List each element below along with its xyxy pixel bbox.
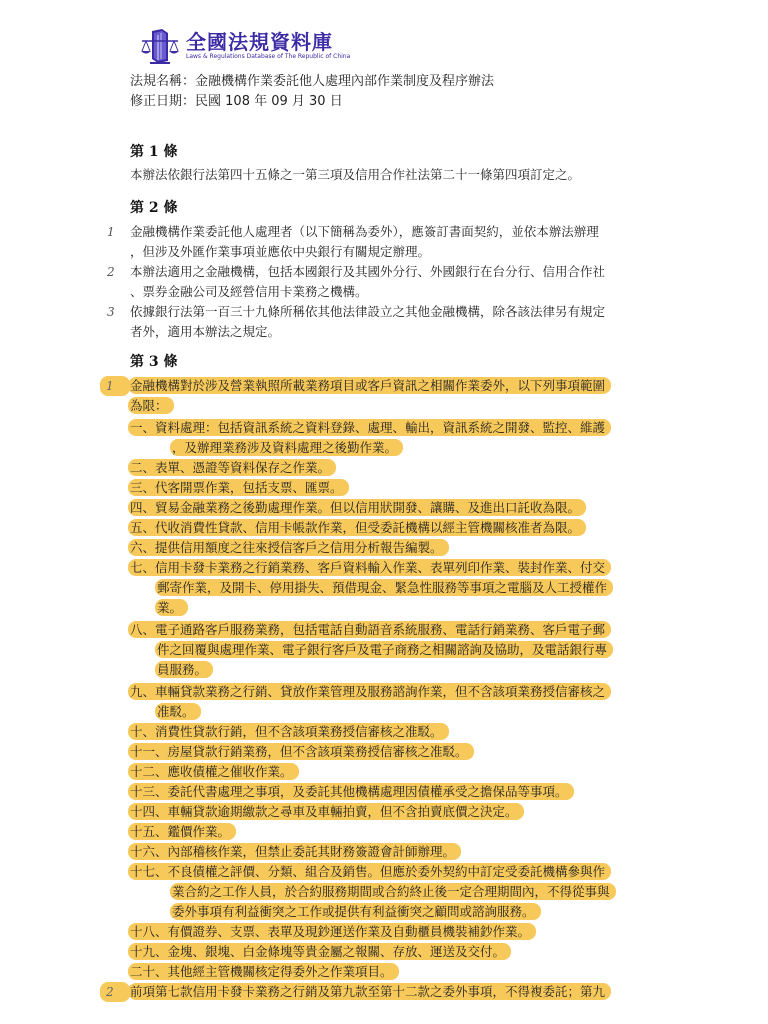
law-document-page: 全國法規資料庫 Laws & Regulations Database of T… xyxy=(0,0,768,1024)
article-3-para-1-line-1: 金融機構對於涉及營業執照所載業務項目或客戶資訊之相關作業委外，以下列事項範圍 xyxy=(128,376,611,396)
list-item: 十三、委託代書處理之事項，及委託其他機構處理因債權承受之擔保品等事項。 xyxy=(128,782,574,802)
list-item: 十八、有價證券、支票、表單及現鈔運送作業及自動櫃員機裝補鈔作業。 xyxy=(128,922,536,942)
list-item: 二、表單、憑證等資料保存之作業。 xyxy=(128,458,336,478)
list-item-cont: 准駁。 xyxy=(155,702,201,722)
list-item: 七、信用卡發卡業務之行銷業務、客戶資料輸入作業、表單列印作業、裝封作業、付交 xyxy=(128,558,611,578)
list-item: 一、資料處理：包括資訊系統之資料登錄、處理、輸出，資訊系統之開發、監控、維護 xyxy=(128,418,611,438)
list-item: 六、提供信用額度之往來授信客戶之信用分析報告編製。 xyxy=(128,538,449,558)
list-item: 二十、其他經主管機關核定得委外之作業項目。 xyxy=(128,962,399,982)
article-2-heading[interactable]: 第 2 條 xyxy=(130,197,178,217)
list-item: 四、貿易金融業務之後勤處理作業。但以信用狀開發、讓購、及進出口託收為限。 xyxy=(128,498,586,518)
logo-subtitle: Laws & Regulations Database of The Repub… xyxy=(186,53,350,61)
article-3-para-1-line-2: 為限： xyxy=(128,396,174,416)
paragraph-number: 2 xyxy=(107,262,115,282)
list-item: 十七、不良債權之評價、分類、組合及銷售。但應於委外契約中訂定受委託機構參與作 xyxy=(128,862,611,882)
list-item: 十九、金塊、銀塊、白金條塊等貴金屬之報關、存放、運送及交付。 xyxy=(128,942,511,962)
list-item-cont: 員服務。 xyxy=(155,660,213,680)
article-2-para-1-line-2: ，但涉及外匯作業事項並應依中央銀行有關規定辦理。 xyxy=(130,242,430,262)
list-item: 十四、車輛貸款逾期繳款之尋車及車輛拍賣，但不含拍賣底價之決定。 xyxy=(128,802,524,822)
list-item: 十二、應收債權之催收作業。 xyxy=(128,762,299,782)
paragraph-number: 1 xyxy=(100,376,130,396)
article-1-heading[interactable]: 第 1 條 xyxy=(130,141,178,161)
list-item-cont: 委外事項有利益衝突之工作或提供有利益衝突之顧問或諮詢服務。 xyxy=(170,902,541,922)
scales-book-icon xyxy=(140,27,180,65)
article-2-para-1-line-1: 金融機構作業委託他人處理者（以下簡稱為委外），應簽訂書面契約，並依本辦法辦理 xyxy=(130,222,599,242)
amend-date-label: 修正日期： xyxy=(130,94,195,109)
list-item: 五、代收消費性貸款、信用卡帳款作業，但受委託機構以經主管機關核准者為限。 xyxy=(128,518,586,538)
article-2-para-2-line-2: 、票券金融公司及經營信用卡業務之機構。 xyxy=(130,282,368,302)
article-3-heading[interactable]: 第 3 條 xyxy=(130,351,178,371)
law-name-label: 法規名稱： xyxy=(130,74,195,89)
list-item-cont: 業。 xyxy=(155,598,188,618)
article-3-para-2-line-1: 前項第七款信用卡發卡業務之行銷及第九款至第十二款之委外事項，不得複委託；第九 xyxy=(128,982,611,1002)
list-item: 十、消費性貸款行銷，但不含該項業務授信審核之准駁。 xyxy=(128,722,449,742)
paragraph-number: 3 xyxy=(107,302,115,322)
list-item: 十一、房屋貸款行銷業務，但不含該項業務授信審核之准駁。 xyxy=(128,742,474,762)
list-item-cont: 件之回覆與處理作業、電子銀行客戶及電子商務之相關諮詢及協助，及電話銀行專 xyxy=(155,640,613,660)
list-item-cont: 業合約之工作人員，於合約服務期間或合約終止後一定合理期間內，不得從事與 xyxy=(170,882,616,902)
article-2-para-2-line-1: 本辦法適用之金融機構，包括本國銀行及其國外分行、外國銀行在台分行、信用合作社 xyxy=(130,262,605,282)
list-item: 十六、內部稽核作業，但禁止委託其財務簽證會計師辦理。 xyxy=(128,842,461,862)
law-meta: 法規名稱：金融機構作業委託他人處理內部作業制度及程序辦法 修正日期：民國 108… xyxy=(130,72,494,112)
amend-date-row: 修正日期：民國 108 年 09 月 30 日 xyxy=(130,92,494,112)
article-2-para-3-line-1: 依據銀行法第一百三十九條所稱依其他法律設立之其他金融機構，除各該法律另有規定 xyxy=(130,302,605,322)
list-item-cont: ，及辦理業務涉及資料處理之後勤作業。 xyxy=(170,438,403,458)
paragraph-number: 2 xyxy=(100,982,130,1002)
paragraph-number: 1 xyxy=(107,222,115,242)
amend-date-value: 民國 108 年 09 月 30 日 xyxy=(195,94,343,109)
law-name-value: 金融機構作業委託他人處理內部作業制度及程序辦法 xyxy=(195,74,494,89)
list-item: 八、電子通路客戶服務業務，包括電話自動語音系統服務、電話行銷業務、客戶電子郵 xyxy=(128,620,611,640)
article-2-para-3-line-2: 者外，適用本辦法之規定。 xyxy=(130,322,280,342)
logo-title: 全國法規資料庫 xyxy=(186,31,350,53)
site-logo[interactable]: 全國法規資料庫 Laws & Regulations Database of T… xyxy=(140,24,350,68)
list-item-cont: 郵寄作業，及開卡、停用掛失、預借現金、緊急性服務等事項之電腦及人工授權作 xyxy=(155,578,613,598)
list-item: 十五、鑑價作業。 xyxy=(128,822,236,842)
list-item: 九、車輛貸款業務之行銷、貸放作業管理及服務諮詢作業，但不含該項業務授信審核之 xyxy=(128,682,611,702)
list-item: 三、代客開票作業，包括支票、匯票。 xyxy=(128,478,349,498)
law-name-row: 法規名稱：金融機構作業委託他人處理內部作業制度及程序辦法 xyxy=(130,72,494,92)
article-1-paragraph: 本辦法依銀行法第四十五條之一第三項及信用合作社法第二十一條第四項訂定之。 xyxy=(130,165,580,185)
